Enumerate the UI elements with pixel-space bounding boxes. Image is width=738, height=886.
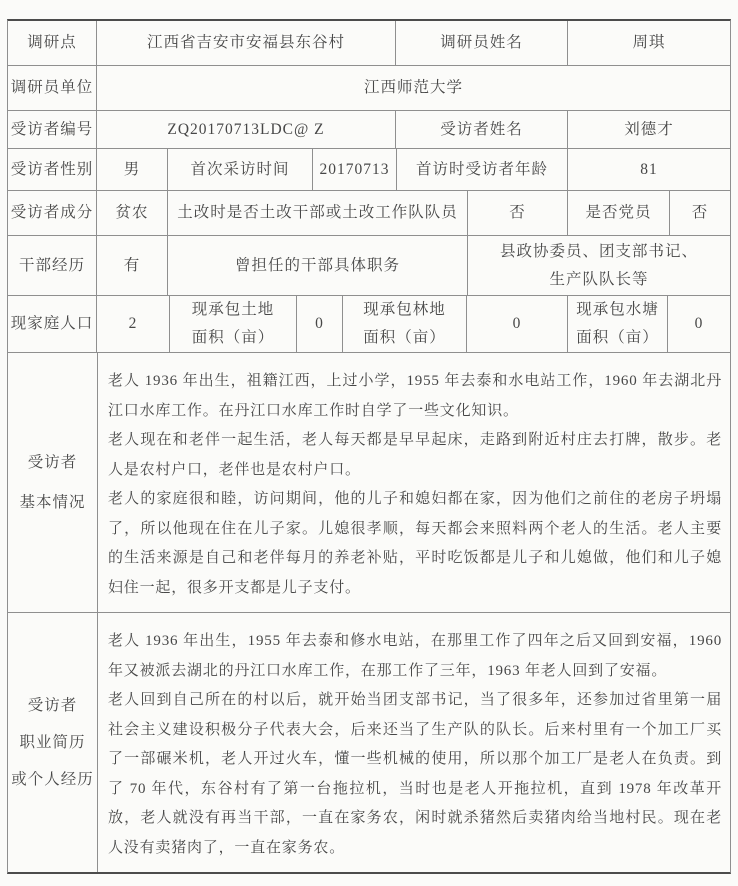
forestland-area-value: 0 [467, 296, 568, 352]
cadre-positions-label: 曾担任的干部具体职务 [168, 236, 468, 295]
table-row-family-land: 现家庭人口 2 现承包土地 面积（亩） 0 现承包林地 面积（亩） 0 现承包水… [8, 296, 730, 353]
first-interview-date-label: 首次采访时间 [168, 149, 313, 190]
pond-area-label: 现承包水塘 面积（亩） [568, 296, 668, 352]
farmland-area-value: 0 [297, 296, 343, 352]
respondent-gender-label: 受访者性别 [8, 149, 97, 190]
respondent-gender-value: 男 [97, 149, 168, 190]
survey-site-label: 调研点 [8, 21, 97, 65]
table-row-survey-site: 调研点 江西省吉安市安福县东谷村 调研员姓名 周琪 [8, 21, 730, 66]
career-paragraph-1: 老人 1936 年出生，1955 年去泰和修水电站，在那里工作了四年之后又回到安… [108, 627, 722, 686]
first-interview-date-value: 20170713 [313, 149, 397, 190]
respondent-age-value: 81 [568, 149, 730, 190]
cadre-positions-value: 县政协委员、团支部书记、 生产队队长等 [468, 236, 730, 295]
table-row-career: 受访者 职业简历 或个人经历 老人 1936 年出生，1955 年去泰和修水电站… [8, 613, 730, 872]
surveyor-name-label: 调研员姓名 [396, 21, 568, 65]
family-size-label: 现家庭人口 [8, 296, 97, 352]
survey-form-page: 调研点 江西省吉安市安福县东谷村 调研员姓名 周琪 调研员单位 江西师范大学 受… [0, 0, 738, 886]
respondent-id-value: ZQ20170713LDC@ Z [97, 111, 396, 148]
table-row-basic-info: 受访者 基本情况 老人 1936 年出生，祖籍江西，上过小学，1955 年去泰和… [8, 353, 730, 613]
table-row-surveyor-unit: 调研员单位 江西师范大学 [8, 66, 730, 111]
farmland-area-label: 现承包土地 面积（亩） [170, 296, 297, 352]
respondent-name-value: 刘德才 [568, 111, 730, 148]
land-reform-cadre-label: 土改时是否土改干部或土改工作队队员 [168, 191, 468, 235]
party-member-value: 否 [670, 191, 730, 235]
respondent-id-label: 受访者编号 [8, 111, 97, 148]
basic-info-label: 受访者 基本情况 [8, 353, 98, 612]
basic-info-paragraph-2: 老人现在和老伴一起生活，老人每天都是早早起床，走路到附近村庄去打牌，散步。老人是… [108, 426, 722, 485]
table-row-class-party: 受访者成分 贫农 土改时是否土改干部或土改工作队队员 否 是否党员 否 [8, 191, 730, 236]
table-row-gender-date-age: 受访者性别 男 首次采访时间 20170713 首访时受访者年龄 81 [8, 149, 730, 191]
career-paragraph-2: 老人回到自己所在的村以后，就开始当团支部书记，当了很多年，还参加过省里第一届社会… [108, 686, 722, 863]
interview-info-table: 调研点 江西省吉安市安福县东谷村 调研员姓名 周琪 调研员单位 江西师范大学 受… [7, 19, 731, 874]
basic-info-content: 老人 1936 年出生，祖籍江西，上过小学，1955 年去泰和水电站工作，196… [98, 353, 730, 612]
table-row-cadre-experience: 干部经历 有 曾担任的干部具体职务 县政协委员、团支部书记、 生产队队长等 [8, 236, 730, 296]
respondent-class-value: 贫农 [97, 191, 168, 235]
respondent-name-label: 受访者姓名 [396, 111, 568, 148]
table-row-respondent-id: 受访者编号 ZQ20170713LDC@ Z 受访者姓名 刘德才 [8, 111, 730, 149]
respondent-age-label: 首访时受访者年龄 [397, 149, 568, 190]
surveyor-unit-value: 江西师范大学 [97, 66, 730, 110]
cadre-experience-value: 有 [97, 236, 168, 295]
basic-info-paragraph-3: 老人的家庭很和睦，访问期间，他的儿子和媳妇都在家，因为他们之前住的老房子坍塌了，… [108, 485, 722, 603]
career-content: 老人 1936 年出生，1955 年去泰和修水电站，在那里工作了四年之后又回到安… [98, 613, 730, 872]
respondent-class-label: 受访者成分 [8, 191, 97, 235]
cadre-experience-label: 干部经历 [8, 236, 97, 295]
survey-site-value: 江西省吉安市安福县东谷村 [97, 21, 396, 65]
party-member-label: 是否党员 [568, 191, 670, 235]
basic-info-paragraph-1: 老人 1936 年出生，祖籍江西，上过小学，1955 年去泰和水电站工作，196… [108, 367, 722, 426]
land-reform-cadre-value: 否 [468, 191, 568, 235]
career-label: 受访者 职业简历 或个人经历 [8, 613, 98, 872]
family-size-value: 2 [97, 296, 170, 352]
pond-area-value: 0 [668, 296, 730, 352]
surveyor-unit-label: 调研员单位 [8, 66, 97, 110]
forestland-area-label: 现承包林地 面积（亩） [343, 296, 467, 352]
surveyor-name-value: 周琪 [568, 21, 730, 65]
